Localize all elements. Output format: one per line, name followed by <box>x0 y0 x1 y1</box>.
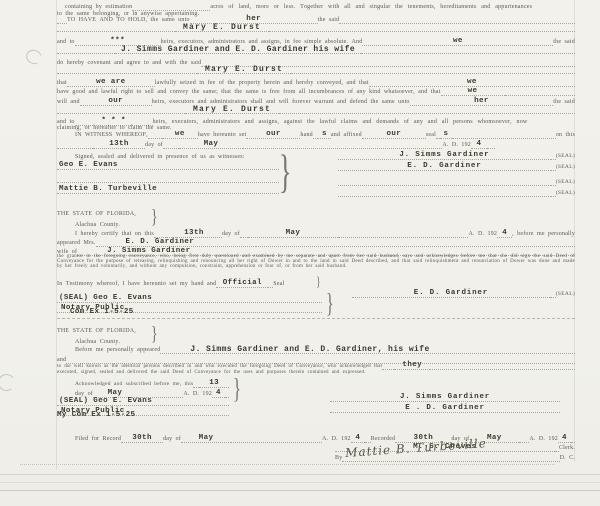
typed-text: J. Simms Gardiner <box>400 394 490 401</box>
printed-text: day of <box>163 436 181 443</box>
typed-text: J. Simms Gardiner <box>399 152 489 159</box>
typed-fill-year: 4 <box>471 141 487 149</box>
typed-text: May <box>204 141 219 148</box>
printed-text: In Testimony whereof, I have hereunto se… <box>57 281 216 288</box>
dotted-leader <box>487 148 495 149</box>
typed-fill-month: May <box>179 141 243 149</box>
printed-text: Filed for Record <box>75 436 121 443</box>
dotted-leader <box>231 442 322 443</box>
signature-line-1: J. Simms Gardiner (SEAL) <box>338 150 575 160</box>
typed-fill-official: Official <box>216 280 268 288</box>
printed-text: THE STATE OF FLORIDA, <box>57 328 136 335</box>
typed-text: May <box>286 230 301 237</box>
typed-fill-our: our <box>362 131 426 139</box>
typed-fill-month: May <box>181 435 231 443</box>
notary-brace: } <box>326 290 334 317</box>
typed-text: 4 <box>355 435 360 442</box>
printed-text: Acknowledged and subscribed before me, t… <box>75 381 193 388</box>
printed-text: seal <box>426 132 436 139</box>
seal-label: (SEAL) <box>556 164 575 171</box>
dotted-leader <box>57 73 197 74</box>
ack1-testimony-line: In Testimony whereof, I have hereunto se… <box>57 278 315 288</box>
typed-text: our <box>386 131 401 138</box>
form-line-good-right: have good and lawful right to sell and c… <box>57 86 575 96</box>
ack2-state-line: THE STATE OF FLORIDA, <box>57 325 136 335</box>
signature-line-3: (SEAL) <box>338 176 575 186</box>
typed-fill-signature1: J. Simms Gardiner <box>338 152 551 160</box>
dotted-leader <box>291 73 575 74</box>
printed-text: hand <box>300 132 312 139</box>
typed-fill-grantee: Mary E. Durst <box>197 66 291 74</box>
printed-text: By <box>335 455 342 462</box>
dotted-leader <box>338 196 551 197</box>
typed-fill-witness1: Geo E. Evans <box>57 162 279 170</box>
typed-fill-day: 13 <box>199 380 229 388</box>
ack2-known-line-2: executed, signed, sealed and delivered t… <box>57 368 575 376</box>
bottom-rule-3 <box>0 482 600 483</box>
typed-text: s <box>444 131 449 138</box>
typed-fill-we: we <box>162 131 198 139</box>
typed-text: 13th <box>109 141 129 148</box>
typed-text: May <box>487 435 502 442</box>
dotted-leader <box>57 31 175 32</box>
form-line-execution-date: 13th day of May A. D. 192 4 <box>57 139 495 149</box>
typed-fill-signature: E. D. Gardiner <box>352 290 550 298</box>
typed-text: E. D. Gardiner <box>126 239 195 246</box>
typed-text: s <box>322 131 327 138</box>
printed-text: have hereunto set <box>198 132 247 139</box>
typed-text: Mary E. Durst <box>183 24 261 31</box>
dotted-leader <box>57 182 279 183</box>
dotted-leader <box>361 53 575 54</box>
hole-punch-icon <box>0 373 16 393</box>
ack2-signature-line-2: E . D. Gardiner <box>330 403 560 413</box>
printed-text: Seal <box>273 281 284 288</box>
seal-label: (SEAL) <box>556 153 575 160</box>
section-divider-rule <box>57 318 575 319</box>
typed-fill-grantee: Mary E. Durst <box>185 106 279 114</box>
form-line-grantors: J. Simms Gardiner and E. D. Gardiner his… <box>57 44 575 54</box>
typed-text: Official <box>223 280 262 287</box>
typed-text: 4 <box>502 230 507 237</box>
typed-fill-appearers: J. Simms Gardiner and E. D. Gardiner, hi… <box>160 346 575 354</box>
seal-brace: } <box>316 276 321 290</box>
form-line-witness-whereof: IN WITNESS WHEREOF, we have hereunto set… <box>57 129 575 139</box>
signature-line-2: E. D. Gardiner (SEAL) <box>338 161 575 171</box>
typed-fill-we: we <box>441 88 505 96</box>
typed-fill-signature2: E . D. Gardiner <box>330 405 560 413</box>
form-line-grantee-name-2: Mary E. Durst <box>57 64 575 74</box>
dotted-leader <box>57 53 115 54</box>
ack2-before-line: Before me personally appeared J. Simms G… <box>57 344 575 354</box>
typed-text: Mary E. Durst <box>193 106 271 113</box>
printed-text: A. D. 192 <box>442 142 471 149</box>
typed-text: our <box>266 131 281 138</box>
typed-fill-s: s <box>318 131 331 139</box>
ack2-acknowledged-line: Acknowledged and subscribed before me, t… <box>57 378 229 388</box>
ack2-notary-name-line: (SEAL) Geo E. Evans <box>57 396 229 406</box>
hole-punch-icon <box>24 47 44 66</box>
typed-text: J. Simms Gardiner and E. D. Gardiner his… <box>121 46 355 53</box>
bottom-rule-1 <box>20 464 555 465</box>
typed-fill-our: our <box>246 131 300 139</box>
typed-fill-signature2: E. D. Gardiner <box>338 163 551 171</box>
typed-text: Geo E. Evans <box>59 162 118 169</box>
witness-brace: } <box>279 149 291 196</box>
typed-text: J. Simms Gardiner and E. D. Gardiner, hi… <box>190 346 429 353</box>
typed-text: May <box>199 435 214 442</box>
printed-text: THE STATE OF FLORIDA, <box>57 211 136 218</box>
seal-label: (SEAL) <box>556 179 575 186</box>
deputy-clerk-label: D. C. <box>560 455 575 462</box>
typed-text: we are <box>96 79 125 86</box>
typed-text: Mary E. Durst <box>205 66 283 73</box>
typed-text: we <box>468 88 478 95</box>
typed-fill-day: 13th <box>93 141 145 149</box>
dotted-leader <box>57 148 93 149</box>
ack1-state-line: THE STATE OF FLORIDA, <box>57 208 136 218</box>
dotted-leader <box>243 148 442 149</box>
typed-text: (SEAL) Geo E. Evans <box>59 295 152 302</box>
signature-line-4: (SEAL) <box>338 187 575 197</box>
typed-text: E . D. Gardiner <box>405 405 485 412</box>
typed-fill-signature1: J. Simms Gardiner <box>330 394 560 402</box>
typed-text: 30th <box>132 435 152 442</box>
printed-text: and affixed <box>331 132 362 139</box>
witness-line-1: Geo E. Evans <box>57 160 279 170</box>
typed-fill-grantee: Mary E. Durst <box>175 24 269 32</box>
typed-text: Mattie B. Turbeville <box>59 186 157 193</box>
seal-label: (SEAL) <box>556 190 575 197</box>
witness-line-2: Mattie B. Turbeville <box>57 184 279 194</box>
printed-text: IN WITNESS WHEREOF, <box>75 132 148 139</box>
form-line-grantee-name-3: Mary E. Durst <box>57 104 575 114</box>
typed-text: 13th <box>184 230 204 237</box>
typed-fill-notary-name: (SEAL) Geo E. Evans <box>57 398 229 406</box>
printed-text: day of <box>145 142 163 149</box>
dotted-leader <box>163 148 179 149</box>
state-county-brace: } <box>151 324 158 344</box>
ack1-signature-line: E. D. Gardiner (SEAL) <box>352 288 575 298</box>
typed-fill-s: s <box>440 131 452 139</box>
typed-text: (SEAL) Geo E. Evans <box>59 398 152 405</box>
typed-text: we <box>467 79 477 86</box>
typed-text: 13 <box>209 380 219 387</box>
bottom-rule-2 <box>0 474 600 475</box>
ack1-notary-name-line: (SEAL) Geo E. Evans <box>57 293 322 303</box>
dotted-leader <box>342 461 559 462</box>
typed-fill-day: 30th <box>121 435 163 443</box>
typed-fill-notary-name: (SEAL) Geo E. Evans <box>57 295 322 303</box>
printed-text: on this <box>556 132 575 139</box>
dotted-leader <box>57 113 185 114</box>
typed-text: E. D. Gardiner <box>414 290 488 297</box>
typed-text: 4 <box>477 141 482 148</box>
typed-text: we <box>175 131 185 138</box>
printed-text: executed, signed, sealed and delivered t… <box>57 370 366 376</box>
typed-fill-commission: My Com Ex 1-5-25 <box>57 411 135 419</box>
form-line-grantee-name: Mary E. Durst <box>57 22 575 32</box>
deed-record-page: containing by estimation acres of land, … <box>0 0 600 506</box>
ack2-brace: } <box>233 376 241 404</box>
typed-fill-witness2: Mattie B. Turbeville <box>57 186 279 194</box>
typed-fill-commission: Com Ex 1-5-25 <box>70 308 134 316</box>
witness-line-blank <box>57 173 279 183</box>
ack2-signature-line-1: J. Simms Gardiner <box>330 392 560 402</box>
typed-text: 4 <box>562 435 567 442</box>
dotted-leader <box>279 113 575 114</box>
typed-text: E. D. Gardiner <box>407 163 481 170</box>
bottom-rule-4 <box>0 490 600 491</box>
dotted-leader <box>269 31 575 32</box>
printed-text: have good and lawful right to sell and c… <box>57 89 441 96</box>
seal-label: (SEAL) <box>556 291 575 298</box>
printed-text: Before me personally appeared <box>75 347 160 354</box>
typed-fill-grantors: J. Simms Gardiner and E. D. Gardiner his… <box>115 46 361 54</box>
state-county-brace: } <box>151 207 158 227</box>
clerk-label: Clerk. <box>559 445 575 452</box>
ack1-dower-paragraph: the grantor in the foregoing conveyance,… <box>57 255 575 270</box>
dotted-leader <box>338 185 551 186</box>
